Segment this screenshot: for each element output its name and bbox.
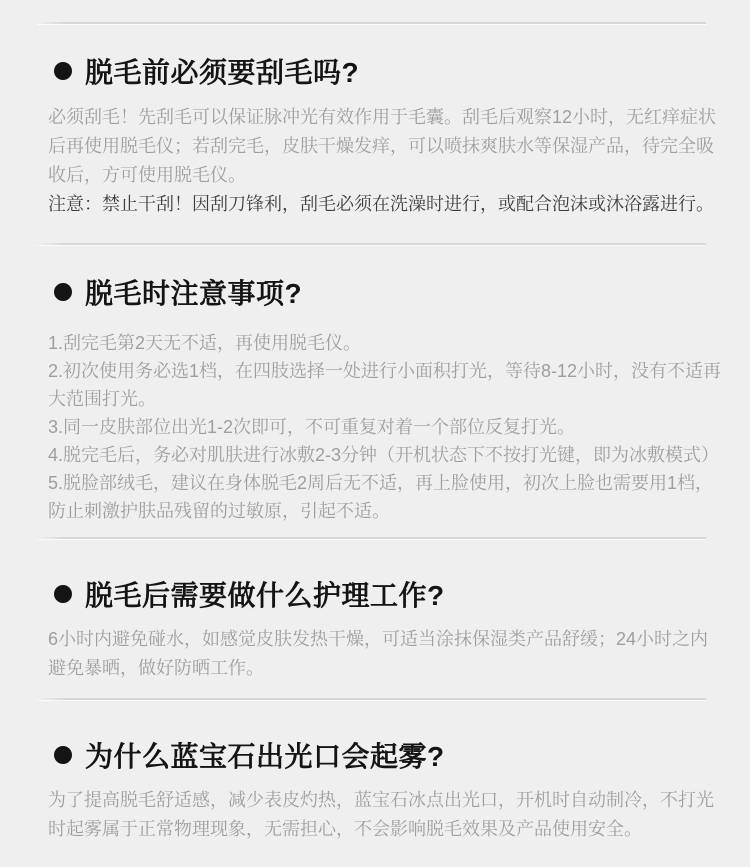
section-divider: [38, 243, 706, 245]
faq-question-row: 脱毛前必须要刮毛吗?: [54, 56, 706, 86]
bullet-icon: [54, 283, 72, 301]
faq-question-title: 脱毛前必须要刮毛吗?: [85, 51, 359, 91]
faq-question-title: 为什么蓝宝石出光口会起雾?: [85, 735, 445, 775]
faq-page: 脱毛前必须要刮毛吗? 必须刮毛！先刮毛可以保证脉冲光有效作用于毛囊。刮毛后观察1…: [0, 0, 750, 867]
faq-answer-text: 必须刮毛！先刮毛可以保证脉冲光有效作用于毛囊。刮毛后观察12小时，无红痒症状 后…: [48, 103, 728, 190]
bullet-icon: [54, 746, 72, 764]
faq-question-title: 脱毛后需要做什么护理工作?: [85, 574, 445, 614]
section-divider: [38, 22, 706, 24]
faq-question-title: 脱毛时注意事项?: [85, 272, 302, 312]
section-divider: [38, 537, 706, 539]
faq-question-row: 为什么蓝宝石出光口会起雾?: [54, 740, 706, 770]
faq-answer-note: 注意：禁止干刮！因刮刀锋利，刮毛必须在洗澡时进行，或配合泡沫或沐浴露进行。: [48, 190, 728, 219]
bullet-icon: [54, 62, 72, 80]
faq-answer-list: 1.刮完毛第2天无不适，再使用脱毛仪。 2.初次使用务必选1档，在四肢选择一处进…: [48, 329, 728, 525]
faq-question-row: 脱毛时注意事项?: [54, 277, 706, 307]
faq-answer-text: 6小时内避免碰水，如感觉皮肤发热干燥，可适当涂抹保湿类产品舒缓；24小时之内 避…: [48, 625, 728, 683]
faq-question-row: 脱毛后需要做什么护理工作?: [54, 579, 706, 609]
section-divider: [38, 698, 706, 700]
faq-answer-text: 为了提高脱毛舒适感，减少表皮灼热，蓝宝石冰点出光口，开机时自动制冷，不打光 时起…: [48, 786, 728, 844]
bullet-icon: [54, 585, 72, 603]
